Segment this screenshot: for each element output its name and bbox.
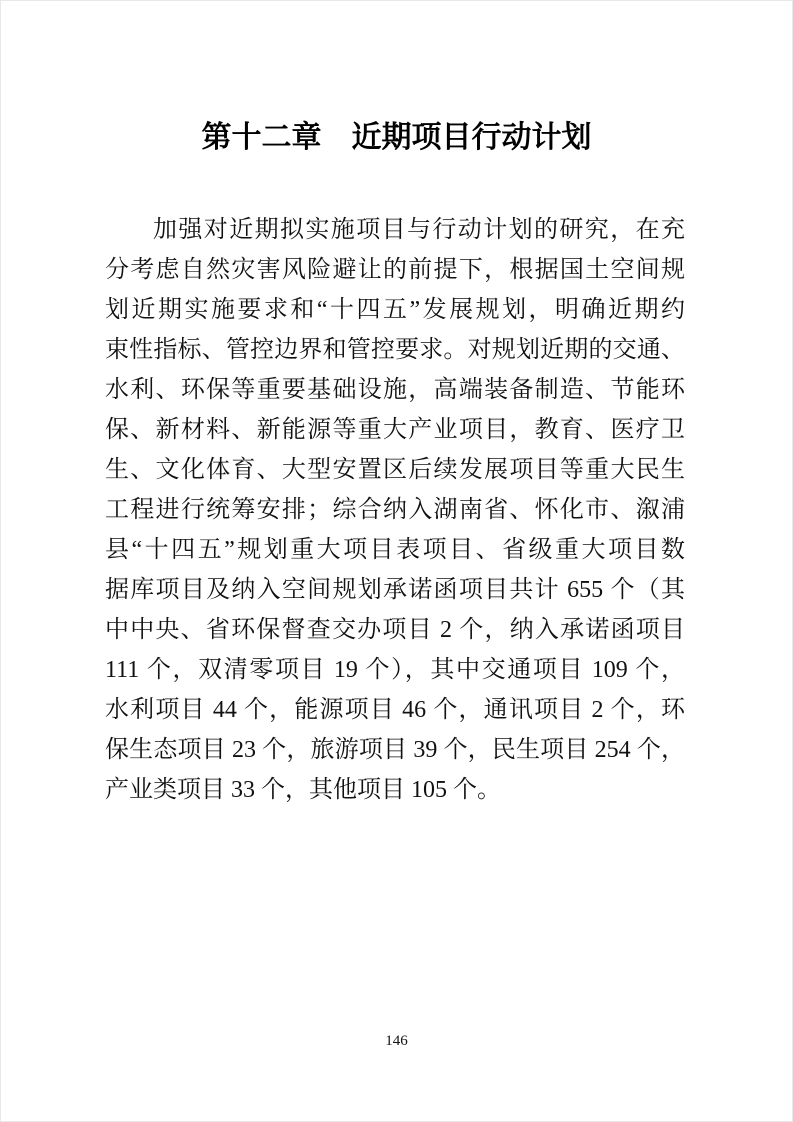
paragraph-line: 保、新材料、新能源等重大产业项目，教育、医疗卫 xyxy=(105,410,685,450)
paragraph-line: 分考虑自然灾害风险避让的前提下，根据国土空间规 xyxy=(105,250,685,290)
paragraph-line: 生、文化体育、大型安置区后续发展项目等重大民生 xyxy=(105,450,685,490)
paragraph-line: 产业类项目 33 个，其他项目 105 个。 xyxy=(105,770,685,810)
paragraph-line: 据库项目及纳入空间规划承诺函项目共计 655 个（其 xyxy=(105,570,685,610)
paragraph-line: 工程进行统筹安排；综合纳入湖南省、怀化市、溆浦 xyxy=(105,490,685,530)
page-number: 146 xyxy=(1,1032,792,1050)
paragraph-line: 保生态项目 23 个，旅游项目 39 个，民生项目 254 个， xyxy=(105,730,685,770)
paragraph-line: 县“十四五”规划重大项目表项目、省级重大项目数 xyxy=(105,530,685,570)
paragraph-line: 加强对近期拟实施项目与行动计划的研究，在充 xyxy=(105,210,685,250)
paragraph-line: 水利、环保等重要基础设施，高端装备制造、节能环 xyxy=(105,370,685,410)
document-page: 第十二章 近期项目行动计划 加强对近期拟实施项目与行动计划的研究，在充 分考虑自… xyxy=(0,0,793,1122)
paragraph-line: 水利项目 44 个，能源项目 46 个，通讯项目 2 个，环 xyxy=(105,690,685,730)
paragraph-line: 束性指标、管控边界和管控要求。对规划近期的交通、 xyxy=(105,330,685,370)
paragraph-line: 划近期实施要求和“十四五”发展规划，明确近期约 xyxy=(105,290,685,330)
paragraph-line: 中中央、省环保督查交办项目 2 个，纳入承诺函项目 xyxy=(105,610,685,650)
chapter-title: 第十二章 近期项目行动计划 xyxy=(1,119,792,157)
body-paragraph: 加强对近期拟实施项目与行动计划的研究，在充 分考虑自然灾害风险避让的前提下，根据… xyxy=(105,210,685,810)
paragraph-line: 111 个，双清零项目 19 个），其中交通项目 109 个， xyxy=(105,650,685,690)
